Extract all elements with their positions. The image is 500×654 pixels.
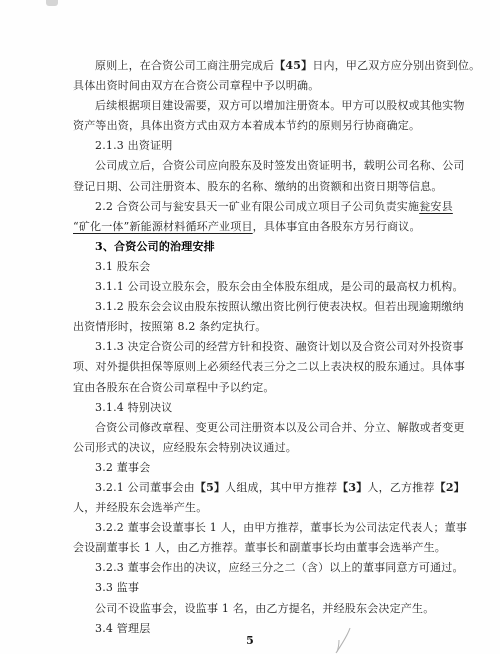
text-line: 3.1.1 公司设立股东会，股东会由全体股东组成，是公司的最高权力机构。 <box>73 277 429 297</box>
text-segment: 公司成立后，合资公司应向股东及时签发出资证明书，载明公司名称、公司 <box>95 159 465 172</box>
text-line: 3.2.2 董事会设董事长 1 人，由甲方推荐，董事长为公司法定代表人；董事 <box>73 518 429 538</box>
text-line: 公司不设监事会，设监事 1 名，由乙方提名，并经股东会决定产生。 <box>73 599 429 619</box>
text-line: 3.1.3 决定合资公司的经营方针和投资、融资计划以及合资公司对外投资事 <box>73 337 429 357</box>
text-segment: 3.1.2 股东会会议由股东按照认缴出资比例行使表决权。但若出现逾期缴纳 <box>95 300 464 313</box>
text-segment: 会设副董事长 1 人，由乙方推荐。董事长和副董事长均由董事会选举产生。 <box>73 541 446 554</box>
text-segment: 人，并经股东会选举产生。 <box>73 501 207 514</box>
text-segment: 【3】 <box>337 481 367 494</box>
text-line: 出资情形时，按照第 8.2 条约定执行。 <box>73 317 429 337</box>
text-segment: 后续根据项目建设需要，双方可以增加注册资本。甲方可以股权或其他实物 <box>95 99 465 112</box>
text-line: 公司形式的决议，应经股东会特别决议通过。 <box>73 438 429 458</box>
text-segment: 3.2.2 董事会设董事长 1 人，由甲方推荐，董事长为公司法定代表人；董事 <box>95 521 467 534</box>
text-segment: 2.1.3 出资证明 <box>95 139 173 152</box>
text-segment: 宜由各股东在合资公司章程中予以约定。 <box>73 381 275 394</box>
text-line: “矿化一体”新能源材料循环产业项目，具体事宜由各股东方另行商议。 <box>73 217 429 237</box>
text-segment: 合资公司修改章程、变更公司注册资本以及公司合并、分立、解散或者变更 <box>95 421 465 434</box>
text-line: 3.2.3 董事会作出的决议，应经三分之二（含）以上的董事同意方可通过。 <box>73 558 429 578</box>
text-line: 公司成立后，合资公司应向股东及时签发出资证明书，载明公司名称、公司 <box>73 156 429 176</box>
text-segment: 3.1.1 公司设立股东会，股东会由全体股东组成，是公司的最高权力机构。 <box>95 280 464 293</box>
pen-mark <box>326 612 360 654</box>
document-body: 原则上，在合资公司工商注册完成后【45】日内，甲乙双方应分别出资到位。具体出资时… <box>73 56 429 639</box>
text-segment: 3.1 股东会 <box>95 260 150 273</box>
text-segment: 3.2.3 董事会作出的决议，应经三分之二（含）以上的董事同意方可通过。 <box>95 561 464 574</box>
text-segment: 2.2 合资公司与瓮安县天一矿业有限公司成立项目子公司负责实施 <box>95 200 419 213</box>
text-segment: 日内，甲乙双方应分别出资到位。 <box>312 59 480 72</box>
text-line: 3、合资公司的治理安排 <box>73 237 429 257</box>
text-segment: 人组成，其中甲方推荐 <box>225 481 337 494</box>
text-line: 具体出资时间由双方在合资公司章程中予以明确。 <box>73 76 429 96</box>
text-segment: 3.1.3 决定合资公司的经营方针和投资、融资计划以及合资公司对外投资事 <box>95 340 464 353</box>
page-number: 5 <box>0 634 500 647</box>
text-line: 原则上，在合资公司工商注册完成后【45】日内，甲乙双方应分别出资到位。 <box>73 56 429 76</box>
text-line: 后续根据项目建设需要，双方可以增加注册资本。甲方可以股权或其他实物 <box>73 96 429 116</box>
text-line: 2.1.3 出资证明 <box>73 136 429 156</box>
text-line: 会设副董事长 1 人，由乙方推荐。董事长和副董事长均由董事会选举产生。 <box>73 538 429 558</box>
text-segment: 【2】 <box>435 481 465 494</box>
text-line: 登记日期、公司注册资本、股东的名称、缴纳的出资额和出资日期等信息。 <box>73 177 429 197</box>
text-line: 3.1.4 特别决议 <box>73 398 429 418</box>
underlined-text: 瓮安县 <box>419 200 453 213</box>
text-segment: 登记日期、公司注册资本、股东的名称、缴纳的出资额和出资日期等信息。 <box>73 180 443 193</box>
text-segment: 3.1.4 特别决议 <box>95 401 173 414</box>
text-segment: 项、对外提供担保等原则上必须经代表三分之二以上表决权的股东通过。具体事 <box>73 360 465 373</box>
text-segment: 原则上，在合资公司工商注册完成后 <box>95 59 274 72</box>
text-line: 3.3 监事 <box>73 578 429 598</box>
text-segment: 出资情形时，按照第 8.2 条约定执行。 <box>73 320 267 333</box>
text-line: 3.1.2 股东会会议由股东按照认缴出资比例行使表决权。但若出现逾期缴纳 <box>73 297 429 317</box>
text-segment: 资产等出资，具体出资方式由双方本着成本节约的原则另行协商确定。 <box>73 119 420 132</box>
text-line: 3.2.1 公司董事会由【5】人组成，其中甲方推荐【3】人，乙方推荐【2】 <box>73 478 429 498</box>
text-segment: 【45】 <box>274 59 312 72</box>
text-segment: 3.4 管理层 <box>95 622 150 635</box>
text-line: 合资公司修改章程、变更公司注册资本以及公司合并、分立、解散或者变更 <box>73 418 429 438</box>
text-segment: 3.2.1 公司董事会由 <box>95 481 195 494</box>
text-segment: 公司形式的决议，应经股东会特别决议通过。 <box>73 441 297 454</box>
text-line: 资产等出资，具体出资方式由双方本着成本节约的原则另行协商确定。 <box>73 116 429 136</box>
document-page: 原则上，在合资公司工商注册完成后【45】日内，甲乙双方应分别出资到位。具体出资时… <box>0 0 500 654</box>
text-line: 2.2 合资公司与瓮安县天一矿业有限公司成立项目子公司负责实施瓮安县 <box>73 197 429 217</box>
text-segment: 公司不设监事会，设监事 1 名，由乙方提名，并经股东会决定产生。 <box>95 602 434 615</box>
underlined-text: “矿化一体”新能源材料循环产业项目 <box>73 220 253 233</box>
text-segment: 3.3 监事 <box>95 581 139 594</box>
text-line: 项、对外提供担保等原则上必须经代表三分之二以上表决权的股东通过。具体事 <box>73 357 429 377</box>
text-line: 宜由各股东在合资公司章程中予以约定。 <box>73 378 429 398</box>
text-line: 人，并经股东会选举产生。 <box>73 498 429 518</box>
text-segment: 3.2 董事会 <box>95 461 150 474</box>
text-segment: 3、合资公司的治理安排 <box>95 240 215 253</box>
text-line: 3.1 股东会 <box>73 257 429 277</box>
text-line: 3.2 董事会 <box>73 458 429 478</box>
text-segment: 具体出资时间由双方在合资公司章程中予以明确。 <box>73 79 319 92</box>
scan-smudge <box>46 0 58 6</box>
text-segment: 人，乙方推荐 <box>367 481 434 494</box>
text-segment: ，具体事宜由各股东方另行商议。 <box>253 220 421 233</box>
text-segment: 【5】 <box>195 481 225 494</box>
